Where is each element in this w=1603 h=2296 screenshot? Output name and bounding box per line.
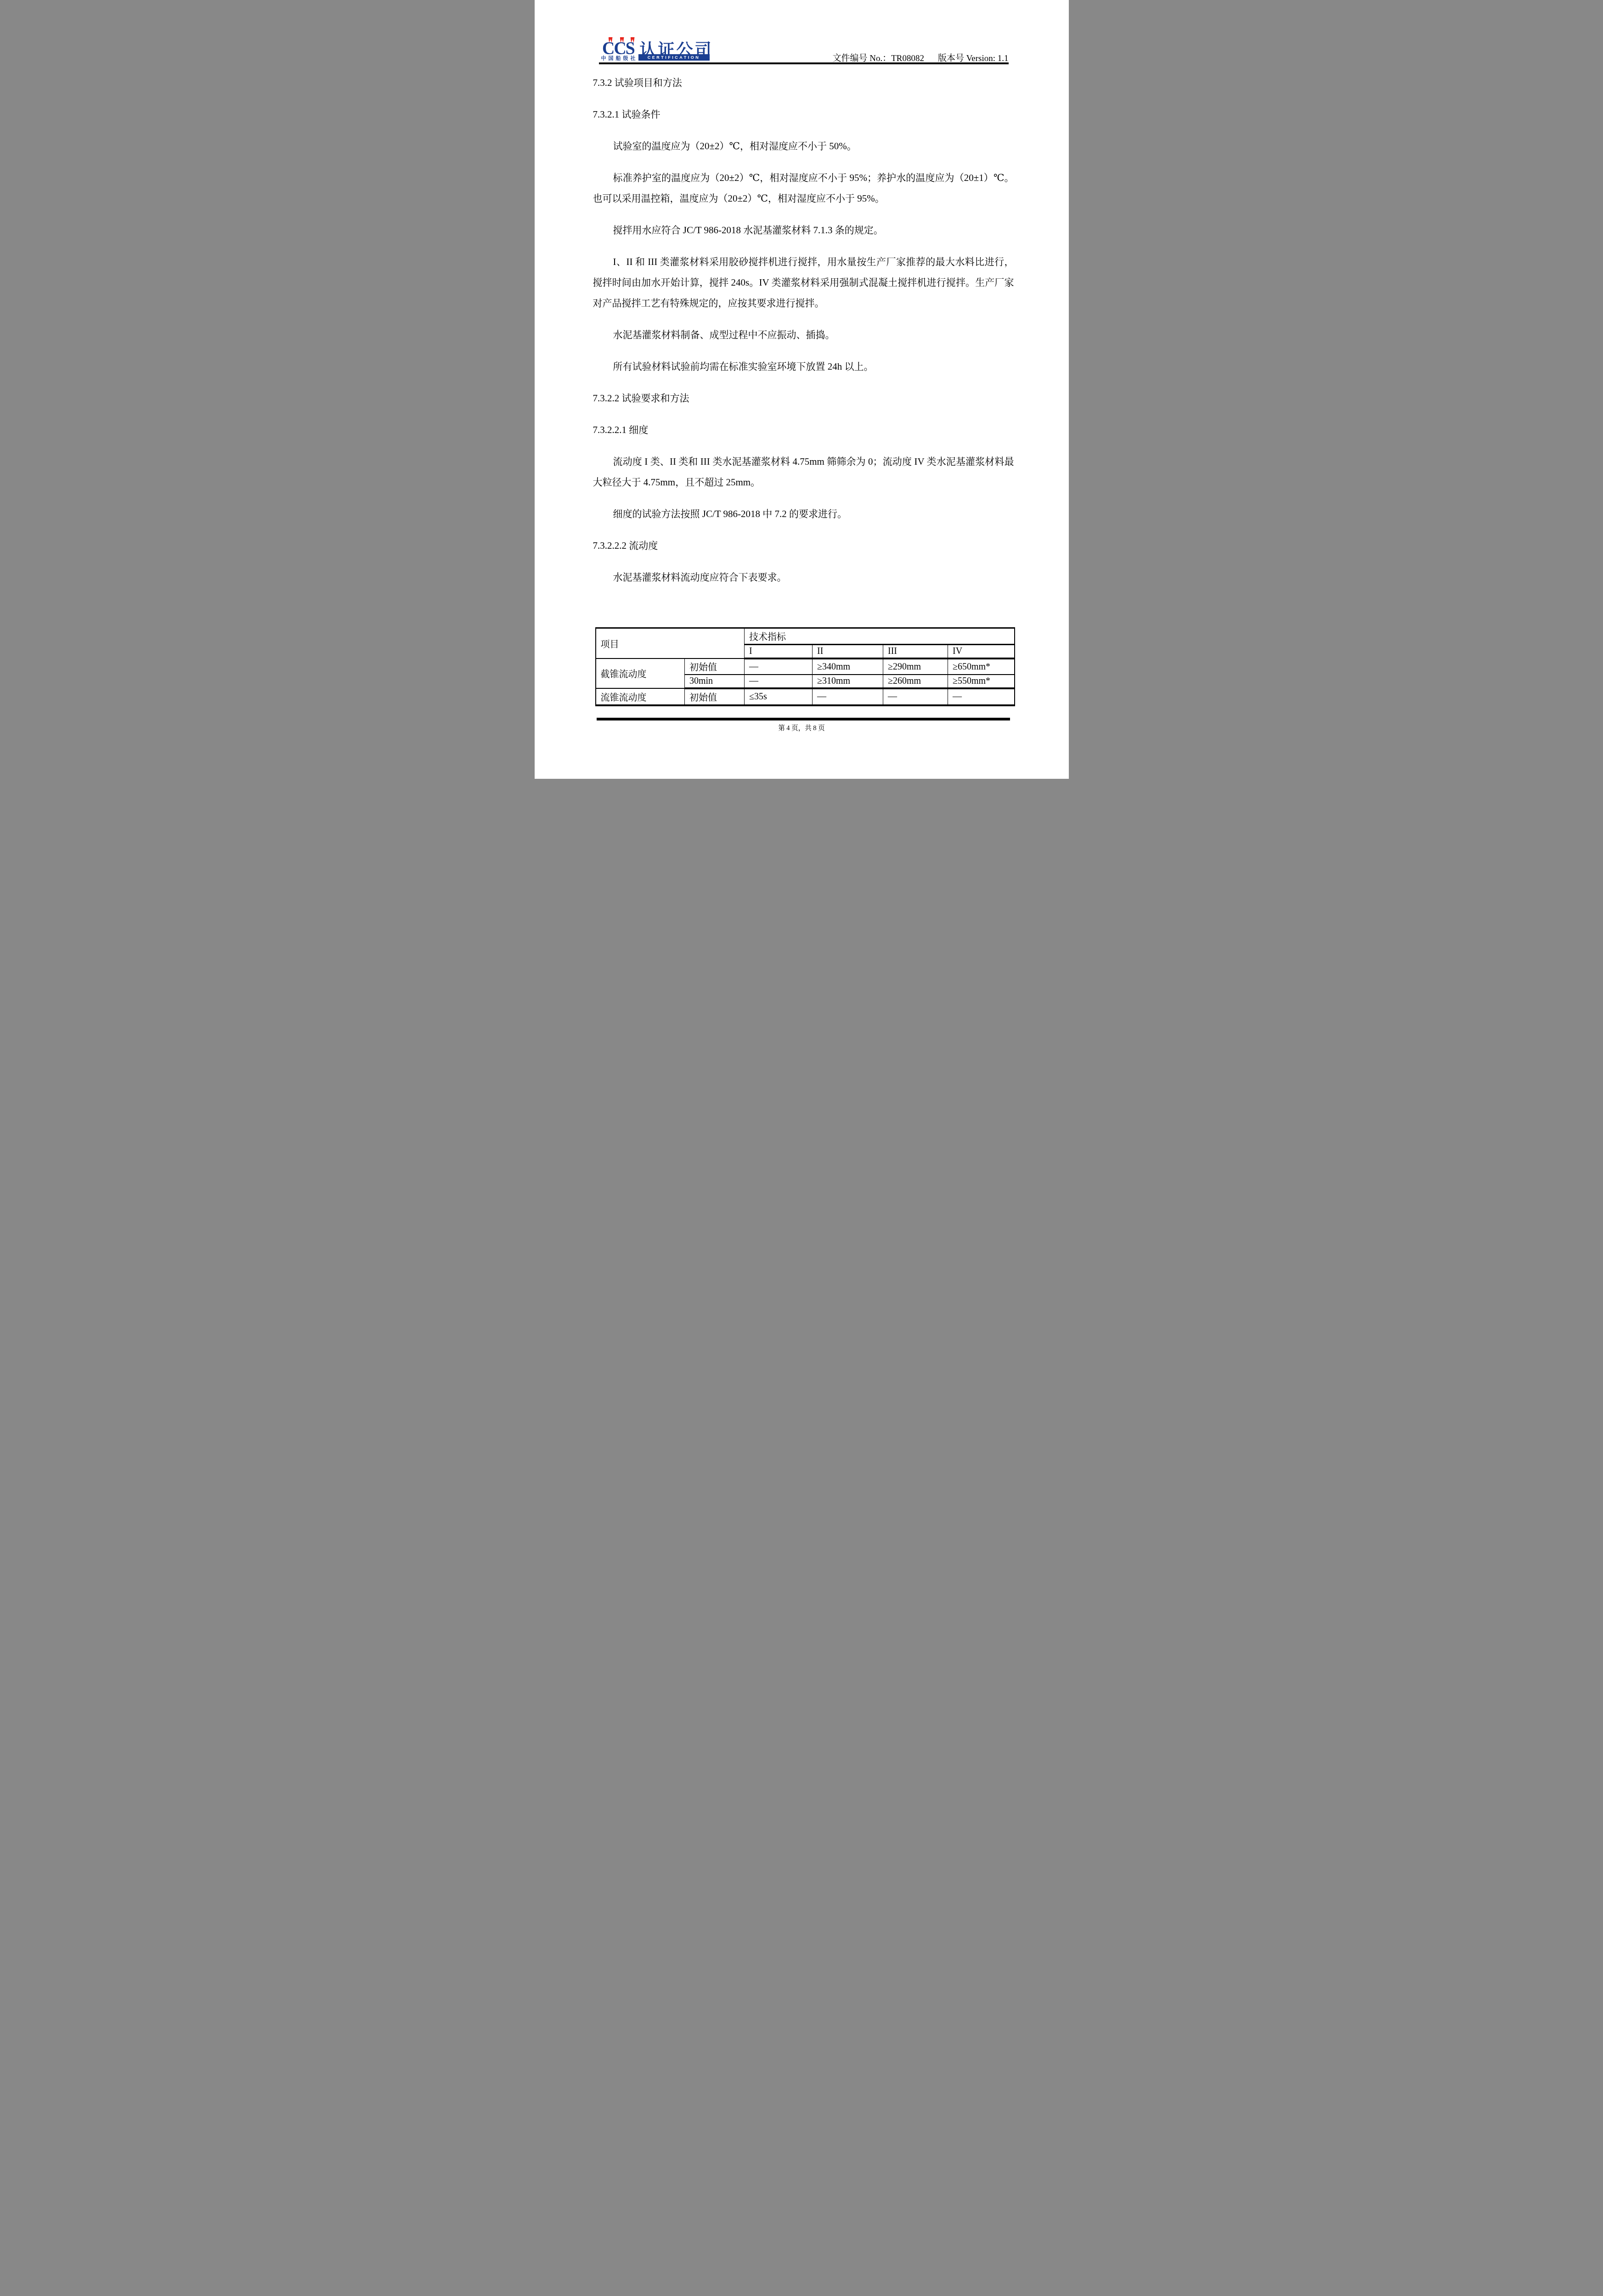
logo-bottom-row: 中国船级社 CERTIFICATION: [601, 54, 711, 61]
table-item-truncated-cone: 截锥流动度: [596, 658, 685, 688]
table-value-cell: —: [745, 675, 813, 688]
table-value-cell: ≥650mm*: [948, 658, 1015, 675]
paragraph-no-vibration: 水泥基灌浆材料制备、成型过程中不应振动、插捣。: [593, 325, 1014, 345]
table-value-cell: ≥550mm*: [948, 675, 1015, 688]
table-class-label-2: II: [813, 645, 883, 659]
table-condition-cell: 初始值: [685, 658, 745, 675]
paragraph-fluidity-requirement: 水泥基灌浆材料流动度应符合下表要求。: [593, 567, 1014, 588]
paragraph-24h-storage: 所有试验材料试验前均需在标准实验室环境下放置 24h 以上。: [593, 356, 1014, 377]
doc-number: 文件编号 No.：TR08082: [832, 54, 924, 63]
table-item-flow-cone: 流锥流动度: [596, 688, 685, 705]
logo-certification-bar: CERTIFICATION: [638, 54, 710, 61]
table-class-label-4: IV: [948, 645, 1015, 659]
paragraph-mixing-method: I、II 和 III 类灌浆材料采用胶砂搅拌机进行搅拌，用水量按生产厂家推荐的最…: [593, 252, 1014, 314]
fluidity-spec-table: 项目 技术指标 I II III IV 截锥流动度 初始值 — ≥340mm ≥…: [595, 627, 1015, 706]
ccs-logo: CCS 认证公司 中国船级社 CERTIFICATION: [601, 39, 711, 61]
table-value-cell: —: [745, 658, 813, 675]
heading-7-3-2-2-2: 7.3.2.2.2 流动度: [593, 535, 1014, 556]
page-number: 第 4 页，共 8 页: [535, 723, 1069, 732]
heading-7-3-2: 7.3.2 试验项目和方法: [593, 73, 1014, 93]
paragraph-fineness-method: 细度的试验方法按照 JC/T 986-2018 中 7.2 的要求进行。: [593, 504, 1014, 524]
heading-7-3-2-1: 7.3.2.1 试验条件: [593, 104, 1014, 125]
header-divider-line: [599, 62, 1009, 64]
logo-top-row: CCS 认证公司: [601, 39, 711, 54]
doc-version: 版本号 Version: 1.1: [938, 54, 1009, 63]
header-doc-meta: 文件编号 No.：TR08082版本号 Version: 1.1: [832, 51, 1008, 64]
table-condition-cell: 初始值: [685, 688, 745, 705]
table-value-cell: ≥340mm: [813, 658, 883, 675]
paragraph-fineness-requirement: 流动度 I 类、II 类和 III 类水泥基灌浆材料 4.75mm 筛筛余为 0…: [593, 451, 1014, 493]
paragraph-mixing-water: 搅拌用水应符合 JC/T 986-2018 水泥基灌浆材料 7.1.3 条的规定…: [593, 220, 1014, 241]
logo-society-cn: 中国船级社: [601, 55, 638, 62]
table-value-cell: —: [883, 688, 948, 705]
table-header-item: 项目: [596, 628, 745, 659]
document-body: 7.3.2 试验项目和方法 7.3.2.1 试验条件 试验室的温度应为（20±2…: [593, 73, 1014, 706]
table-row-cone-initial: 截锥流动度 初始值 — ≥340mm ≥290mm ≥650mm*: [596, 658, 1015, 675]
table-value-cell: ≥290mm: [883, 658, 948, 675]
heading-7-3-2-2-1: 7.3.2.2.1 细度: [593, 420, 1014, 440]
footer-divider-line: [597, 718, 1010, 720]
table-header-tech: 技术指标: [745, 628, 1015, 645]
table-header-row-1: 项目 技术指标: [596, 628, 1015, 645]
table-value-cell: ≤35s: [745, 688, 813, 705]
table-class-label-3: III: [883, 645, 948, 659]
table-value-cell: —: [948, 688, 1015, 705]
table-class-label-1: I: [745, 645, 813, 659]
table-value-cell: ≥310mm: [813, 675, 883, 688]
document-page: CCS 认证公司 中国船级社 CERTIFICATION 文件编号 No.：TR…: [535, 0, 1069, 779]
paragraph-lab-temperature: 试验室的温度应为（20±2）℃，相对湿度应不小于 50%。: [593, 136, 1014, 157]
table-value-cell: —: [813, 688, 883, 705]
table-condition-cell: 30min: [685, 675, 745, 688]
heading-7-3-2-2: 7.3.2.2 试验要求和方法: [593, 388, 1014, 409]
table-value-cell: ≥260mm: [883, 675, 948, 688]
table-row-flow-cone: 流锥流动度 初始值 ≤35s — — —: [596, 688, 1015, 705]
paragraph-curing-room: 标准养护室的温度应为（20±2）℃，相对湿度应不小于 95%；养护水的温度应为（…: [593, 168, 1014, 209]
